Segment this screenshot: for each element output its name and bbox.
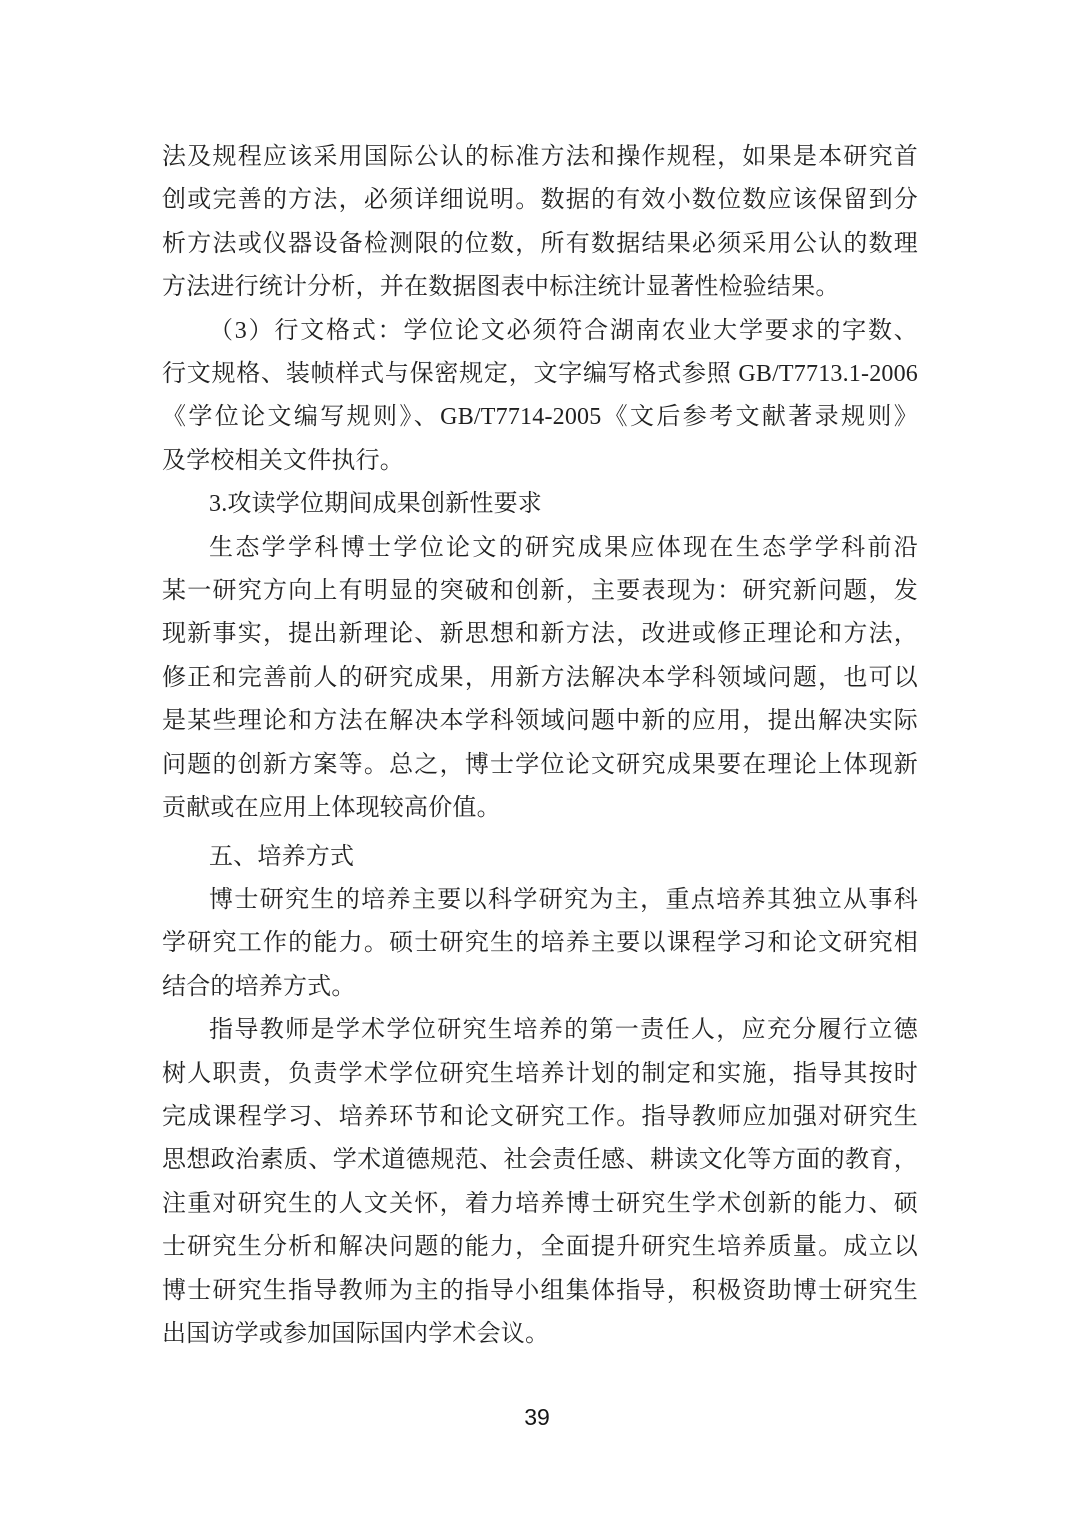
section-heading: 五、培养方式 [162, 836, 918, 879]
doc-line: 出国访学或参加国际国内学术会议。 [162, 1313, 918, 1356]
doc-line: 某一研究方向上有明显的突破和创新，主要表现为：研究新问题，发 [162, 570, 918, 613]
doc-line: 法及规程应该采用国际公认的标准方法和操作规程，如果是本研究首 [162, 136, 918, 179]
doc-line: 是某些理论和方法在解决本学科领域问题中新的应用，提出解决实际 [162, 700, 918, 743]
document-body: 法及规程应该采用国际公认的标准方法和操作规程，如果是本研究首 创或完善的方法，必… [162, 136, 918, 1356]
doc-line: 贡献或在应用上体现较高价值。 [162, 787, 918, 830]
doc-line: （3）行文格式：学位论文必须符合湖南农业大学要求的字数、 [162, 310, 918, 353]
doc-line: 现新事实，提出新理论、新思想和新方法，改进或修正理论和方法， [162, 613, 918, 656]
doc-line: 结合的培养方式。 [162, 966, 918, 1009]
doc-line: 析方法或仪器设备检测限的位数，所有数据结果必须采用公认的数理 [162, 223, 918, 266]
subsection-heading: 3.攻读学位期间成果创新性要求 [162, 483, 918, 526]
doc-line: 及学校相关文件执行。 [162, 440, 918, 483]
doc-line: 指导教师是学术学位研究生培养的第一责任人，应充分履行立德 [162, 1009, 918, 1052]
doc-line: 《学位论文编写规则》、GB/T7714-2005《文后参考文献著录规则》 [162, 396, 918, 439]
doc-line: 创或完善的方法，必须详细说明。数据的有效小数位数应该保留到分 [162, 179, 918, 222]
doc-line: 学研究工作的能力。硕士研究生的培养主要以课程学习和论文研究相 [162, 922, 918, 965]
doc-line: 行文规格、装帧样式与保密规定，文字编写格式参照 GB/T7713.1-2006 [162, 353, 918, 396]
doc-line: 生态学学科博士学位论文的研究成果应体现在生态学学科前沿 [162, 527, 918, 570]
doc-line: 博士研究生指导教师为主的指导小组集体指导，积极资助博士研究生 [162, 1270, 918, 1313]
doc-line: 问题的创新方案等。总之，博士学位论文研究成果要在理论上体现新 [162, 744, 918, 787]
doc-line: 思想政治素质、学术道德规范、社会责任感、耕读文化等方面的教育， [162, 1139, 918, 1182]
doc-line: 方法进行统计分析，并在数据图表中标注统计显著性检验结果。 [162, 266, 918, 309]
doc-line: 博士研究生的培养主要以科学研究为主，重点培养其独立从事科 [162, 879, 918, 922]
doc-line: 树人职责，负责学术学位研究生培养计划的制定和实施，指导其按时 [162, 1053, 918, 1096]
doc-line: 完成课程学习、培养环节和论文研究工作。指导教师应加强对研究生 [162, 1096, 918, 1139]
page-number: 39 [0, 1404, 1074, 1431]
doc-line: 注重对研究生的人文关怀，着力培养博士研究生学术创新的能力、硕 [162, 1183, 918, 1226]
doc-line: 士研究生分析和解决问题的能力，全面提升研究生培养质量。成立以 [162, 1226, 918, 1269]
document-page: 法及规程应该采用国际公认的标准方法和操作规程，如果是本研究首 创或完善的方法，必… [0, 0, 1074, 1520]
doc-line: 修正和完善前人的研究成果，用新方法解决本学科领域问题，也可以 [162, 657, 918, 700]
